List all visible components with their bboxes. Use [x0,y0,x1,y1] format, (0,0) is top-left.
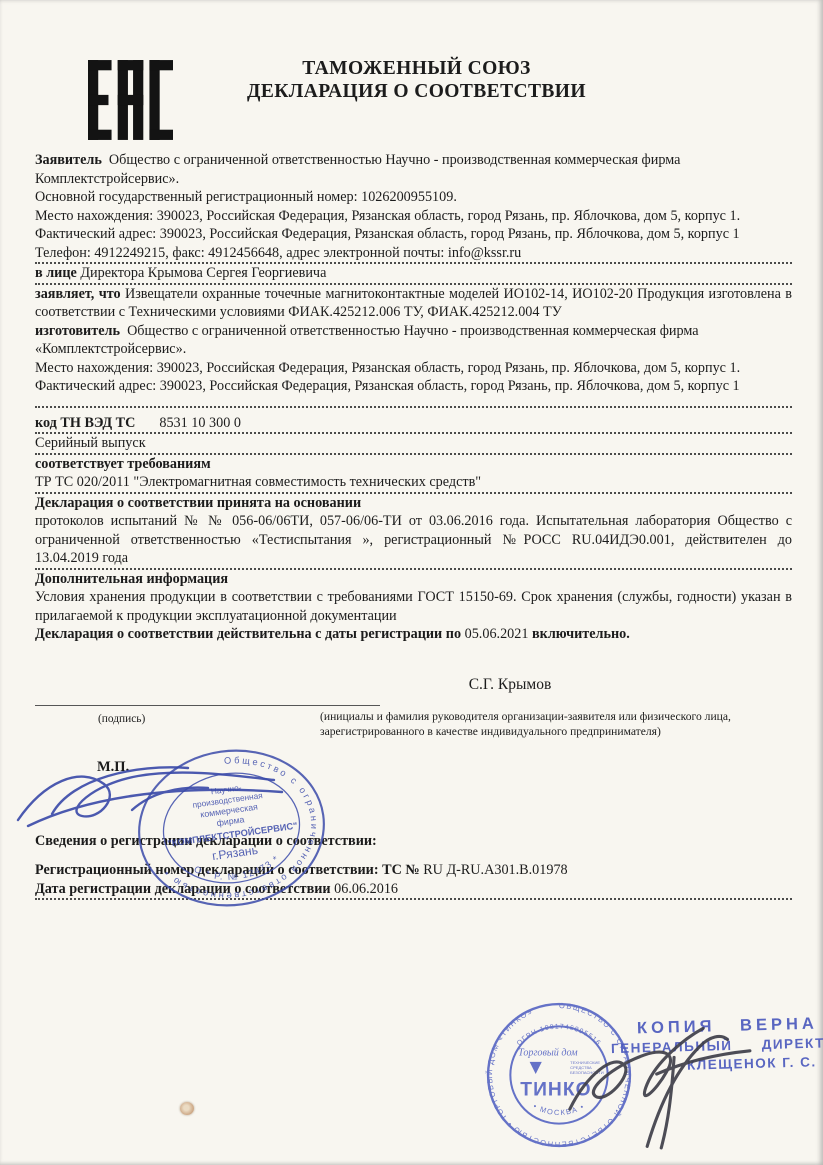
compliance-heading: соответствует требованиям [35,455,792,474]
validity-prefix: Декларация о соответствии действительна … [35,626,461,642]
declares-label: заявляет, что [35,286,121,302]
validity-suffix: включительно. [532,626,630,642]
title-line1: ТАМОЖЕННЫЙ СОЮЗ [150,57,683,80]
basis-text: протоколов испытаний № № 056-06/06ТИ, 05… [35,512,792,570]
manufacturer-label: изготовитель [35,323,120,339]
representative-label: в лице [35,265,77,281]
director-signature [551,1010,766,1157]
scan-artifact-dot [180,1102,194,1115]
applicant-signature [12,752,312,847]
additional-label: Дополнительная информация [35,571,228,587]
additional-text: Условия хранения продукции в соответстви… [35,588,792,625]
signer-name: С.Г. Крымов [420,676,600,695]
tnved-value: 8531 10 300 0 [159,414,241,433]
applicant-ogrn: Основной государственный регистрационный… [35,188,792,207]
signer-caption: (инициалы и фамилия руководителя организ… [320,709,740,740]
applicant-name: Общество с ограниченной ответственностью… [35,152,680,187]
applicant-label: Заявитель [35,152,102,168]
basis-label: Декларация о соответствии принята на осн… [35,495,361,511]
signature-line [35,705,380,706]
manufacturer-name: Общество с ограниченной ответственностью… [35,323,699,358]
compliance-text: ТР ТС 020/2011 "Электромагнитная совмест… [35,473,792,494]
manufacturer-actual-address: Фактический адрес: 390023, Российская Фе… [35,377,792,396]
manufacturer-name-line: изготовитель Общество с ограниченной отв… [35,322,792,359]
document-title: ТАМОЖЕННЫЙ СОЮЗ ДЕКЛАРАЦИЯ О СООТВЕТСТВИ… [150,57,683,103]
representative-line: в лице Директора Крымова Сергея Георгиев… [35,264,792,285]
tnved-line: код ТН ВЭД ТС8531 10 300 0 [35,414,792,435]
separator [35,406,792,408]
compliance-label: соответствует требованиям [35,456,211,472]
tinko-tower-icon [530,1062,542,1074]
manufacturer-location: Место нахождения: 390023, Российская Фед… [35,359,792,378]
validity-date: 05.06.2021 [465,626,529,642]
applicant-location: Место нахождения: 390023, Российская Фед… [35,207,792,226]
registration-number-value: RU Д-RU.А301.В.01978 [423,862,567,878]
declares-text: Извещатели охранные точечные магнитоконт… [35,286,792,321]
declaration-document: ТАМОЖЕННЫЙ СОЮЗ ДЕКЛАРАЦИЯ О СООТВЕТСТВИ… [0,0,823,1165]
applicant-contacts: Телефон: 4912249215, факс: 4912456648, а… [35,244,792,265]
representative-text: Директора Крымова Сергея Георгиевича [80,265,326,281]
applicant-name-line: Заявитель Общество с ограниченной ответс… [35,151,792,188]
basis-heading: Декларация о соответствии принята на осн… [35,494,792,513]
release-type: Серийный выпуск [35,434,792,455]
additional-heading: Дополнительная информация [35,570,792,589]
title-line2: ДЕКЛАРАЦИЯ О СООТВЕТСТВИИ [150,80,683,103]
signature-caption: (подпись) [98,710,145,729]
validity-line: Декларация о соответствии действительна … [35,625,792,644]
tnved-label: код ТН ВЭД ТС [35,415,135,431]
applicant-actual-address: Фактический адрес: 390023, Российская Фе… [35,225,792,244]
registration-date-value: 06.06.2016 [334,881,398,897]
signer-caption-line1: (инициалы и фамилия руководителя организ… [320,709,740,725]
declares-paragraph: заявляет, что Извещатели охранные точечн… [35,285,792,322]
signer-caption-line2: зарегистрированного в качестве индивидуа… [320,724,740,740]
